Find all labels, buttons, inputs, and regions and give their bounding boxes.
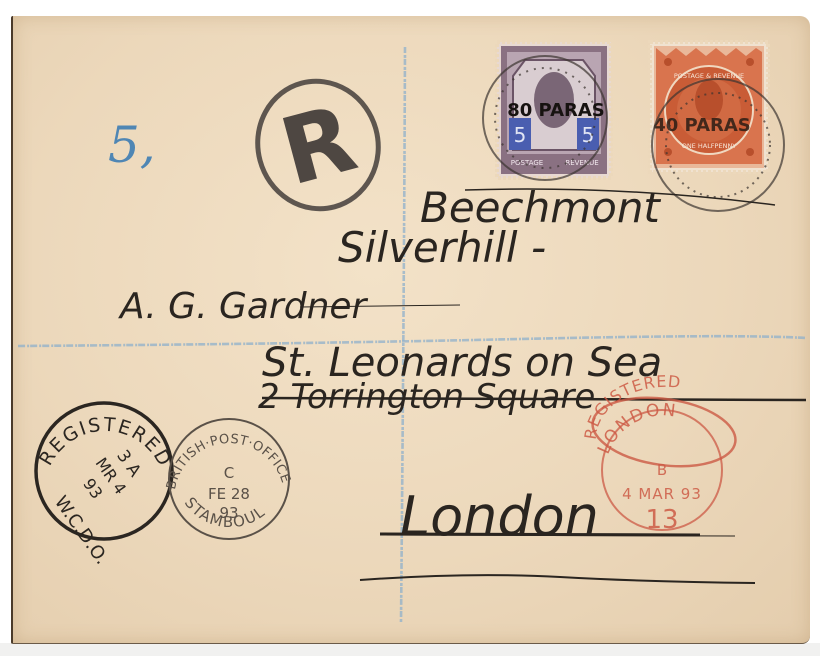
envelope xyxy=(11,16,810,644)
background-band xyxy=(0,643,820,656)
